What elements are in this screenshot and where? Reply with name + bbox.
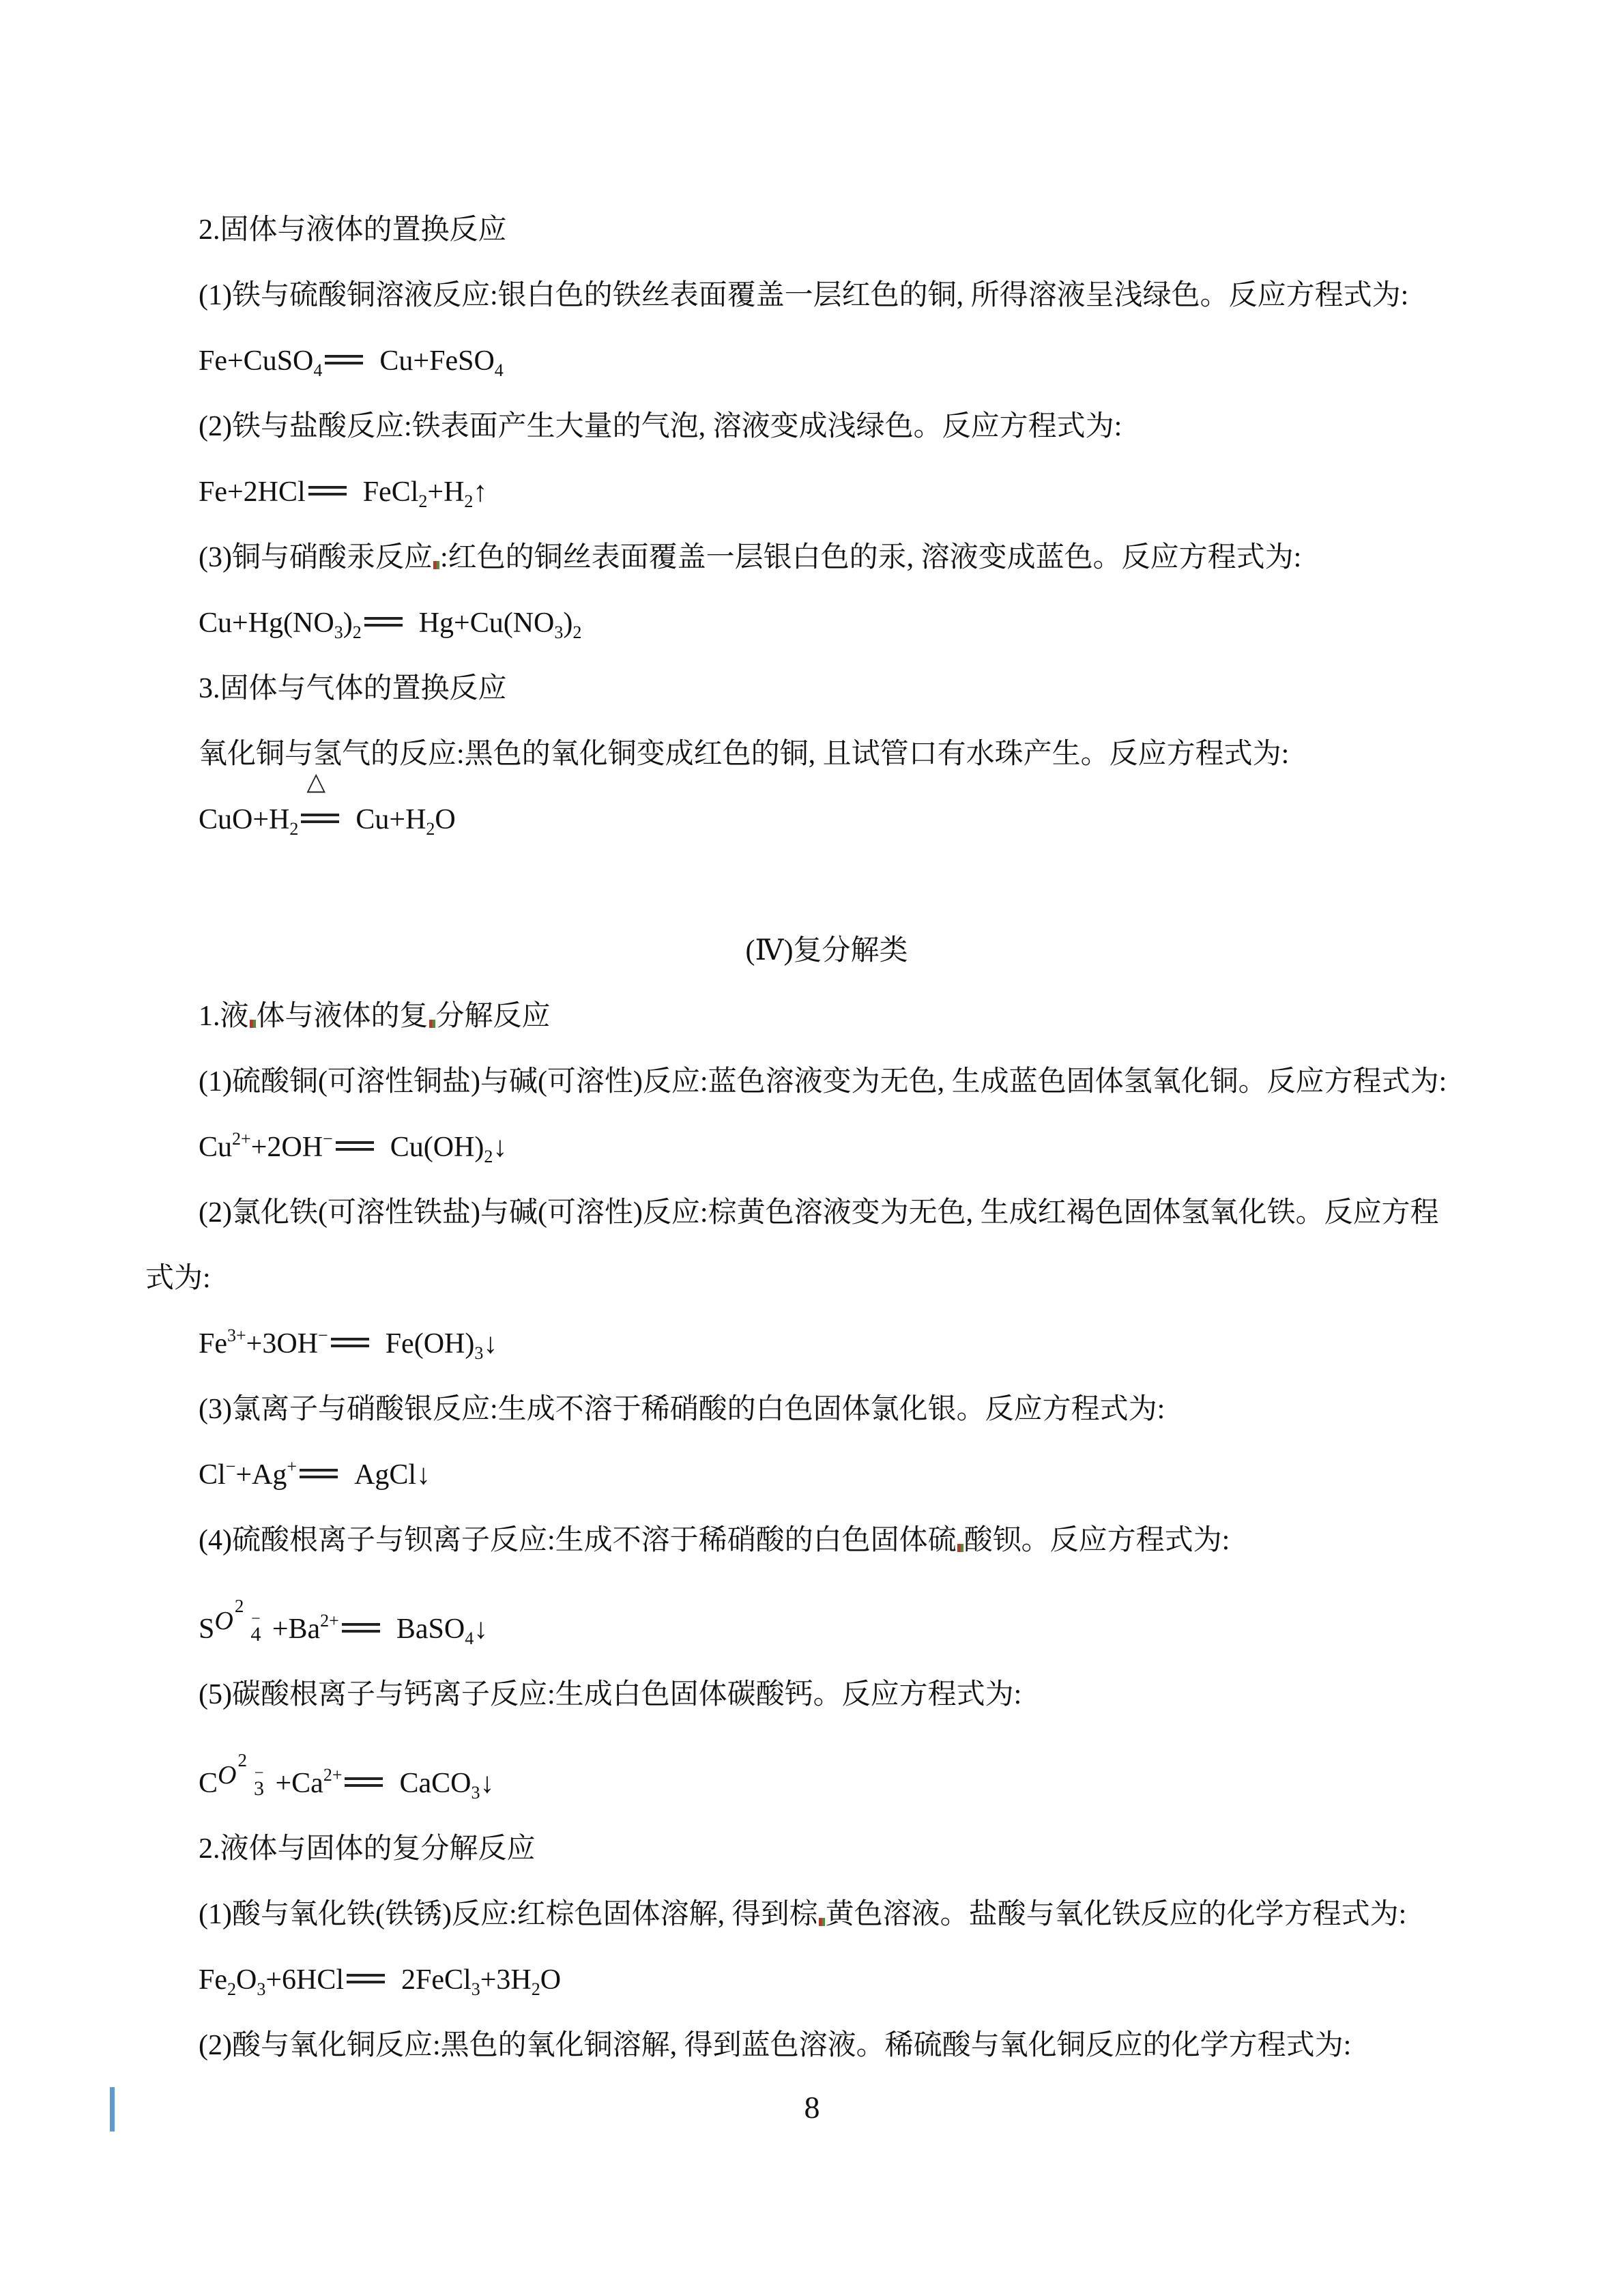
subscript: 4 <box>465 1628 474 1648</box>
subscript: 3 <box>474 1343 483 1363</box>
ion-count: 4 <box>250 1624 261 1645</box>
subscript: 2 <box>572 622 581 642</box>
paragraph-ironchloride-alkali-line2: 式为: <box>145 1261 1508 1295</box>
paragraph-copper-mercurynitrate: (3)铜与硝酸汞反应:红色的铜丝表面覆盖一层银白色的汞, 溶液变成蓝色。反应方程… <box>145 541 1508 575</box>
subscript: 3 <box>471 1783 480 1803</box>
superscript: + <box>287 1456 297 1476</box>
equals-sign <box>306 475 363 509</box>
document-body: 2.固体与液体的置换反应 (1)铁与硫酸铜溶液反应:银白色的铁丝表面覆盖一层红色… <box>145 213 1508 2094</box>
section-heading-solid-gas-displacement: 3.固体与气体的置换反应 <box>145 672 1508 706</box>
paragraph-carbonate-calcium: (5)碳酸根离子与钙离子反应:生成白色固体碳酸钙。反应方程式为: <box>145 1678 1508 1712</box>
subscript: 4 <box>313 360 322 380</box>
equals-sign <box>339 1612 396 1646</box>
chapter-heading-metathesis: (Ⅳ)复分解类 <box>145 934 1508 968</box>
double-bar <box>364 617 403 627</box>
page-number: 8 <box>0 2091 1624 2124</box>
double-bar <box>347 1974 385 1983</box>
document-page: 2.固体与液体的置换反应 (1)铁与硫酸铜溶液反应:银白色的铁丝表面覆盖一层红色… <box>0 0 1624 2296</box>
superscript: − <box>226 1456 236 1476</box>
delta-heat-symbol: △ <box>306 770 325 794</box>
superscript: − <box>323 1129 333 1149</box>
chemical-equation-fe-cuso4: Fe+CuSO4Cu+FeSO4 <box>145 344 1508 378</box>
ion-minus-over-count: −4 <box>250 1613 261 1645</box>
double-bar <box>325 355 363 364</box>
superscript: 3+ <box>227 1325 246 1345</box>
ion-count: 3 <box>254 1779 264 1799</box>
subscript: 4 <box>495 360 504 380</box>
section-heading-solid-liquid-displacement: 2.固体与液体的置换反应 <box>145 213 1508 247</box>
paragraph-coppersulfate-alkali: (1)硫酸铜(可溶性铜盐)与碱(可溶性)反应:蓝色溶液变为无色, 生成蓝色固体氢… <box>145 1065 1508 1099</box>
subscript: 2 <box>353 622 362 642</box>
subscript: 2 <box>289 819 298 839</box>
subscript: 2 <box>532 1979 540 1999</box>
double-bar <box>301 814 339 823</box>
equals-sign <box>333 1130 390 1164</box>
paragraph-iron-coppersulfate: (1)铁与硫酸铜溶液反应:银白色的铁丝表面覆盖一层红色的铜, 所得溶液呈浅绿色。… <box>145 278 1508 313</box>
subscript: 2 <box>464 491 473 511</box>
double-bar <box>342 1623 380 1633</box>
ion-oxygen: O <box>218 1761 236 1790</box>
chemical-equation-cl-ag: Cl−+Ag+AgCl↓ <box>145 1458 1508 1492</box>
chemical-equation-fe-oh: Fe3++3OH−Fe(OH)3↓ <box>145 1327 1508 1361</box>
ion-oxygen: O <box>214 1607 233 1635</box>
double-bar <box>345 1777 383 1787</box>
chemical-equation-fe2o3-hcl: Fe2O3+6HCl2FeCl3+3H2O <box>145 1963 1508 1997</box>
equals-sign <box>362 606 419 640</box>
double-bar <box>331 1338 369 1347</box>
chemical-equation-cu-oh: Cu2++2OH−Cu(OH)2↓ <box>145 1130 1508 1164</box>
chemical-equation-so4-ba: SO2−4 +Ba2+BaSO4↓ <box>145 1589 1508 1646</box>
spellcheck-mark <box>433 561 439 569</box>
equals-sign <box>322 344 379 378</box>
paragraph-acid-ironoxide: (1)酸与氧化铁(铁锈)反应:红棕色固体溶解, 得到棕黄色溶液。盐酸与氧化铁反应… <box>145 1897 1508 1932</box>
superscript: 2+ <box>323 1765 343 1785</box>
subscript: 3 <box>472 1979 480 1999</box>
double-bar <box>336 1141 374 1151</box>
superscript: 2+ <box>232 1129 251 1149</box>
spellcheck-mark <box>429 1020 435 1028</box>
spellcheck-mark <box>819 1918 825 1926</box>
subscript: 2 <box>426 819 435 839</box>
subscript: 3 <box>334 622 343 642</box>
ion-charge-number: 2 <box>235 1596 244 1616</box>
chemical-equation-co3-ca: CO2−3 +Ca2+CaCO3↓ <box>145 1743 1508 1800</box>
chemical-equation-fe-hcl: Fe+2HClFeCl2+H2↑ <box>145 475 1508 509</box>
paragraph-ironchloride-alkali-line1: (2)氯化铁(可溶性铁盐)与碱(可溶性)反应:棕黄色溶液变为无色, 生成红褐色固… <box>145 1196 1508 1230</box>
equals-sign <box>297 1458 354 1492</box>
double-bar <box>300 1469 338 1478</box>
equals-sign: △ <box>298 803 356 837</box>
subscript: 2 <box>484 1147 493 1166</box>
equals-sign <box>344 1963 401 1997</box>
superscript: 2+ <box>320 1611 339 1631</box>
chemical-equation-cu-hgno3: Cu+Hg(NO3)2Hg+Cu(NO3)2 <box>145 606 1508 640</box>
spellcheck-mark <box>250 1020 256 1028</box>
chemical-equation-cuo-h2: CuO+H2△Cu+H2O <box>145 803 1508 837</box>
paragraph-chloride-silvernitrate: (3)氯离子与硝酸银反应:生成不溶于稀硝酸的白色固体氯化银。反应方程式为: <box>145 1392 1508 1426</box>
superscript: − <box>318 1325 328 1345</box>
subscript: 3 <box>257 1979 265 1999</box>
subscript: 2 <box>227 1979 236 1999</box>
ion-minus-over-count: −3 <box>254 1768 264 1799</box>
subscript: 2 <box>418 491 427 511</box>
paragraph-sulfate-barium: (4)硫酸根离子与钡离子反应:生成不溶于稀硝酸的白色固体硫酸钡。反应方程式为: <box>145 1523 1508 1558</box>
ion-charge-number: 2 <box>237 1750 247 1770</box>
double-bar <box>308 486 347 496</box>
subscript: 3 <box>554 622 563 642</box>
section-heading-liquid-solid-metathesis: 2.液体与固体的复分解反应 <box>145 1832 1508 1866</box>
equals-sign <box>342 1766 399 1800</box>
equals-sign <box>328 1327 386 1361</box>
paragraph-iron-hcl: (2)铁与盐酸反应:铁表面产生大量的气泡, 溶液变成浅绿色。反应方程式为: <box>145 410 1508 444</box>
spellcheck-mark <box>957 1544 963 1552</box>
section-heading-liquid-liquid-metathesis: 1.液体与液体的复分解反应 <box>145 999 1508 1033</box>
paragraph-copperoxide-hydrogen: 氧化铜与氢气的反应:黑色的氧化铜变成红色的铜, 且试管口有水珠产生。反应方程式为… <box>145 737 1508 771</box>
blank-line <box>145 868 1508 934</box>
paragraph-acid-copperoxide: (2)酸与氧化铜反应:黑色的氧化铜溶解, 得到蓝色溶液。稀硫酸与氧化铜反应的化学… <box>145 2028 1508 2063</box>
